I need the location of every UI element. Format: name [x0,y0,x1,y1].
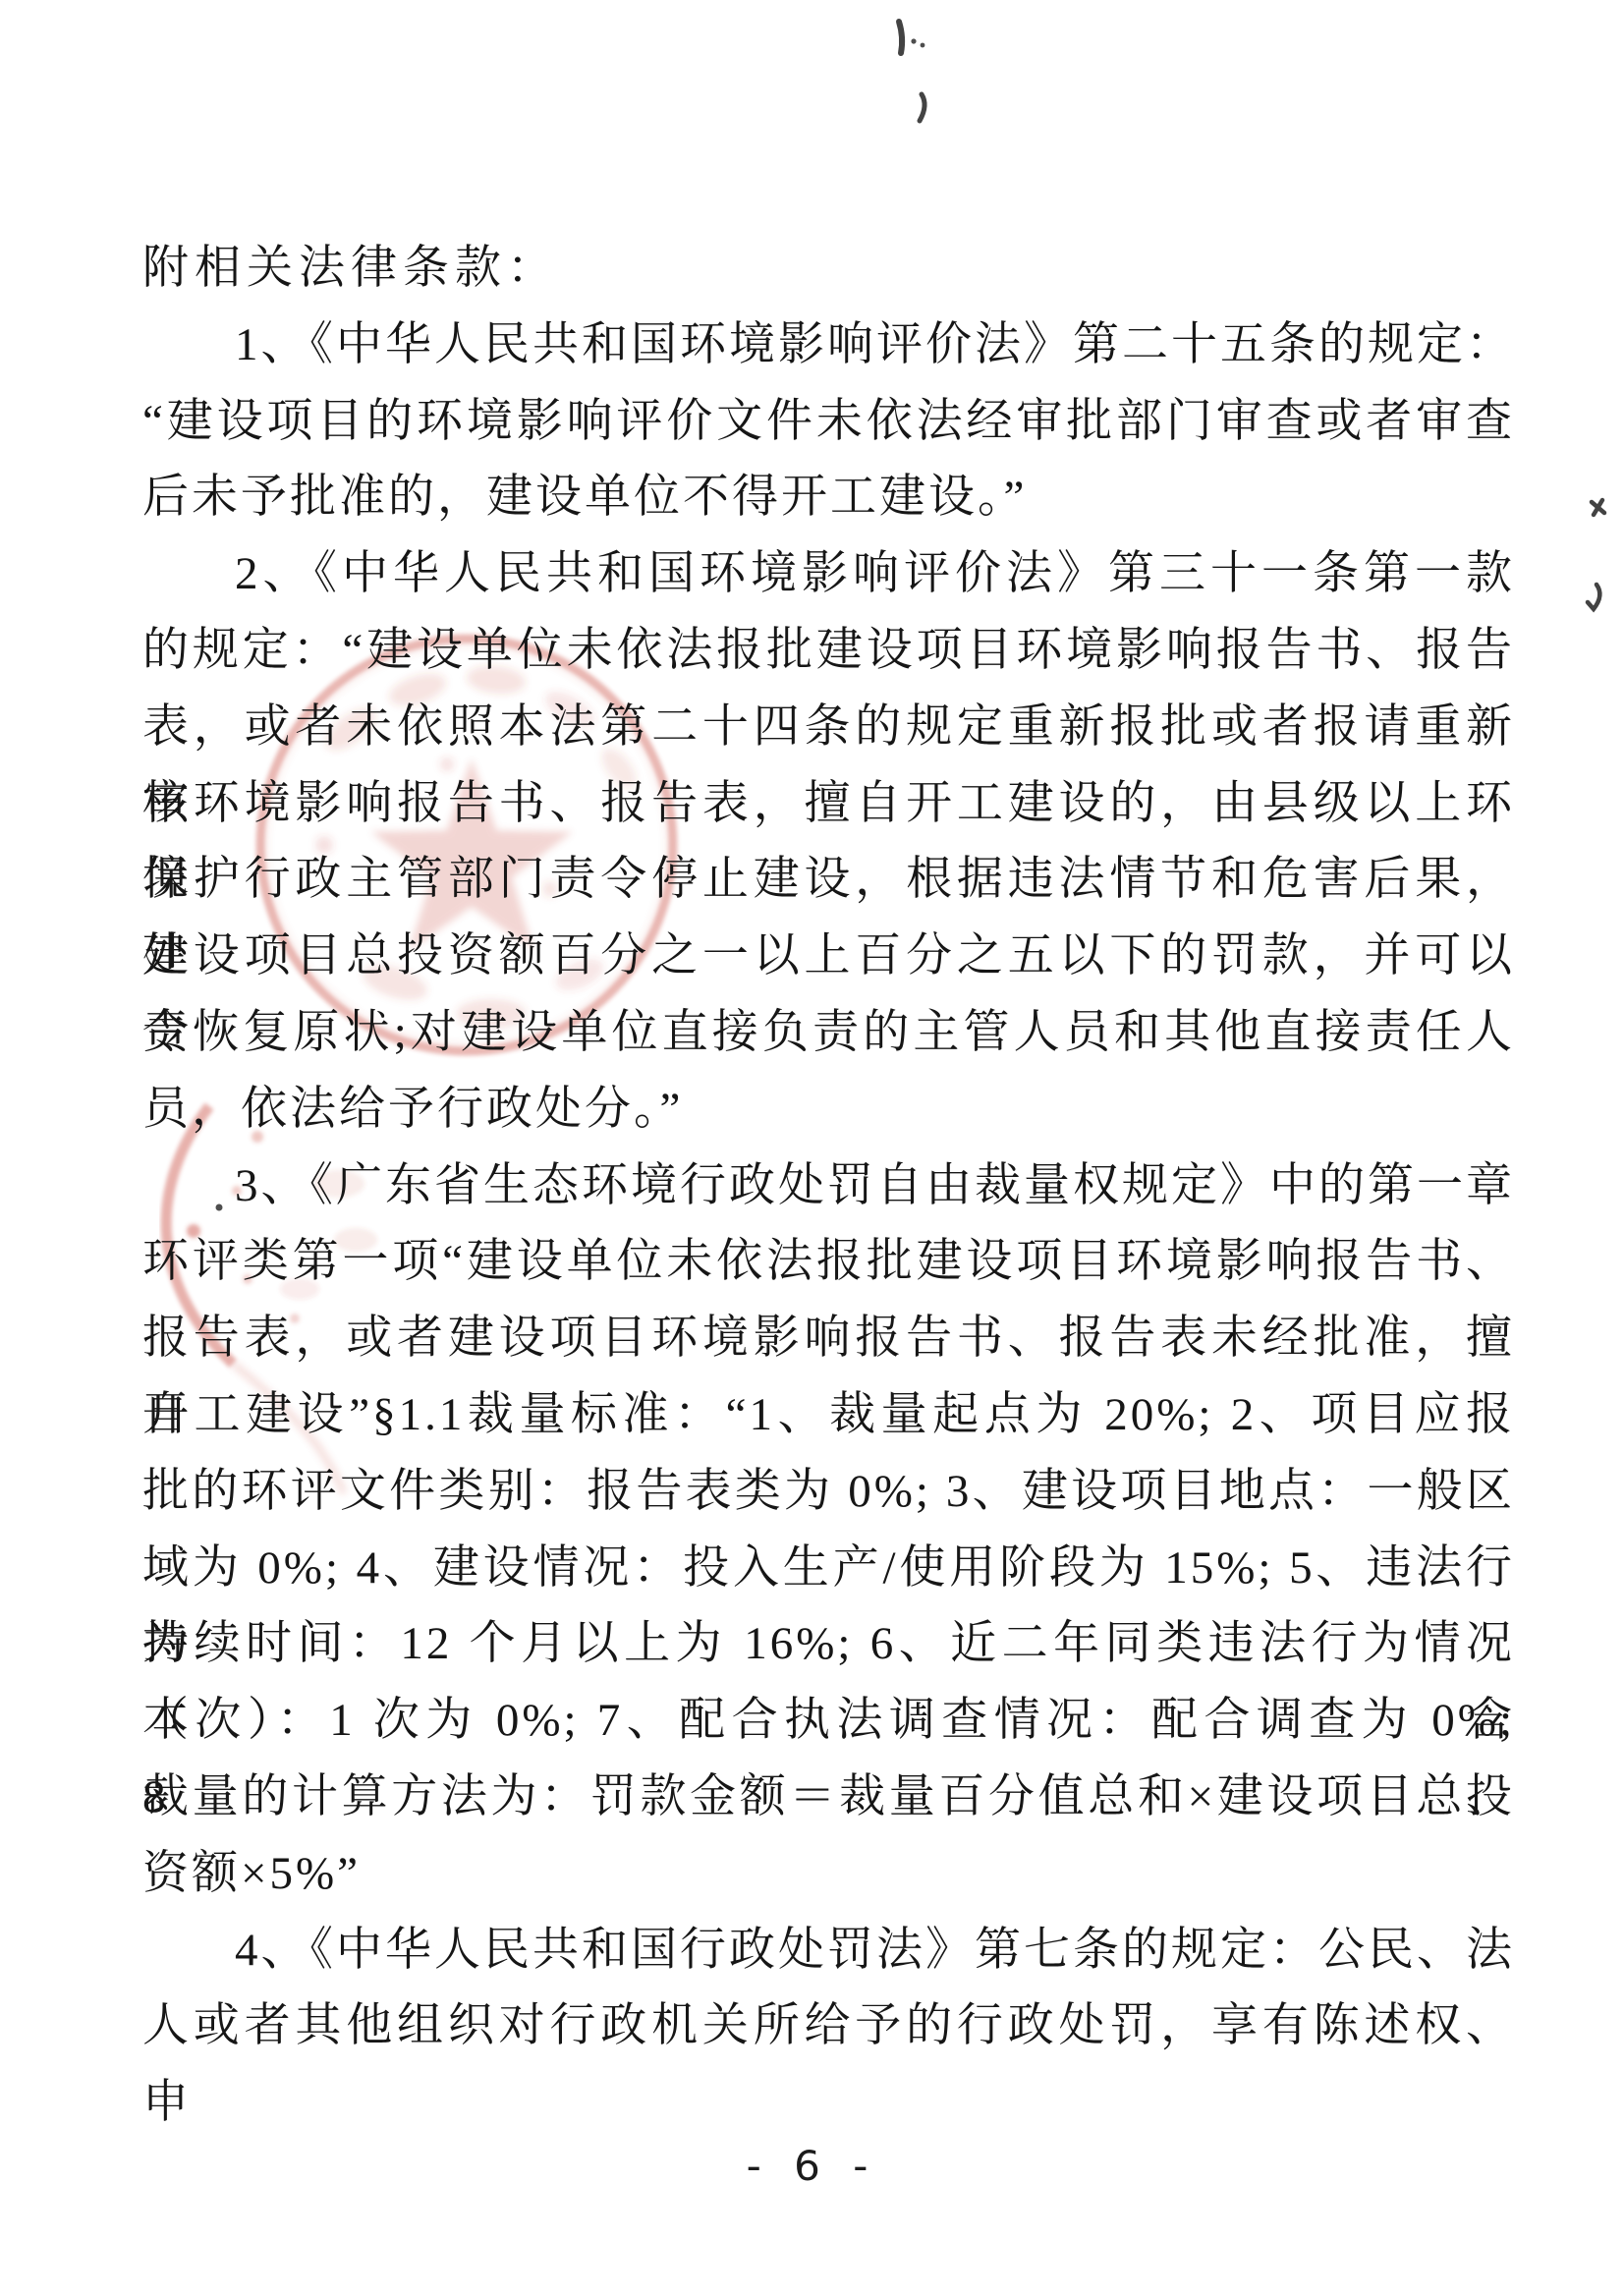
text-line: 核环境影响报告书、报告表，擅自开工建设的，由县级以上环境 [142,766,1515,843]
text-line: 2、《中华人民共和国环境影响评价法》第三十一条第一款 [142,536,1515,613]
text-line: “建设项目的环境影响评价文件未依法经审批部门审查或者审查 [142,384,1515,461]
text-line: 的规定：“建设单位未依法报批建设项目环境影响报告书、报告 [142,613,1515,690]
text-line: 1、《中华人民共和国环境影响评价法》第二十五条的规定： [142,308,1515,384]
text-line: 资额×5%” [142,1836,1515,1913]
text-line: 4、《中华人民共和国行政处罚法》第七条的规定：公民、法 [142,1913,1515,1989]
text-line: 3、《广东省生态环境行政处罚自由裁量权规定》中的第一章 [142,1148,1515,1225]
text-line: 令恢复原状;对建设单位直接负责的主管人员和其他直接责任人 [142,995,1515,1072]
text-line: 持续时间：12 个月以上为 16%; 6、近二年同类违法行为情况（含 [142,1606,1515,1683]
text-line: 开工建设”§1.1裁量标准：“1、裁量起点为 20%; 2、项目应报 [142,1377,1515,1454]
text-line: 保护行政主管部门责令停止建设，根据违法情节和危害后果，处 [142,842,1515,919]
legal-text-block: 附相关法律条款： 1、《中华人民共和国环境影响评价法》第二十五条的规定： “建设… [142,231,1515,2065]
text-line: 建设项目总投资额百分之一以上百分之五以下的罚款，并可以责 [142,919,1515,995]
attachment-heading: 附相关法律条款： [142,231,1515,308]
document-page: 附相关法律条款： 1、《中华人民共和国环境影响评价法》第二十五条的规定： “建设… [0,0,1624,2295]
text-line: 裁量的计算方法为：罚款金额＝裁量百分值总和×建设项目总投 [142,1760,1515,1836]
text-line: 员，依法给予行政处分。” [142,1072,1515,1148]
text-line: 后未予批准的，建设单位不得开工建设。” [142,460,1515,536]
text-line: 环评类第一项“建设单位未依法报批建设项目环境影响报告书、 [142,1224,1515,1301]
text-line: 报告表，或者建设项目环境影响报告书、报告表未经批准，擅自 [142,1301,1515,1377]
page-number: - 6 - [0,2142,1624,2190]
text-line: 表，或者未依照本法第二十四条的规定重新报批或者报请重新审 [142,690,1515,766]
text-line: 域为 0%; 4、建设情况：投入生产/使用阶段为 15%; 5、违法行为 [142,1531,1515,1607]
text-line: 批的环评文件类别：报告表类为 0%; 3、建设项目地点：一般区 [142,1454,1515,1531]
text-line: 人或者其他组织对行政机关所给予的行政处罚，享有陈述权、申 [142,1988,1515,2065]
text-line: 本次）：1 次为 0%; 7、配合执法调查情况：配合调查为 0%; 8、 [142,1683,1515,1760]
